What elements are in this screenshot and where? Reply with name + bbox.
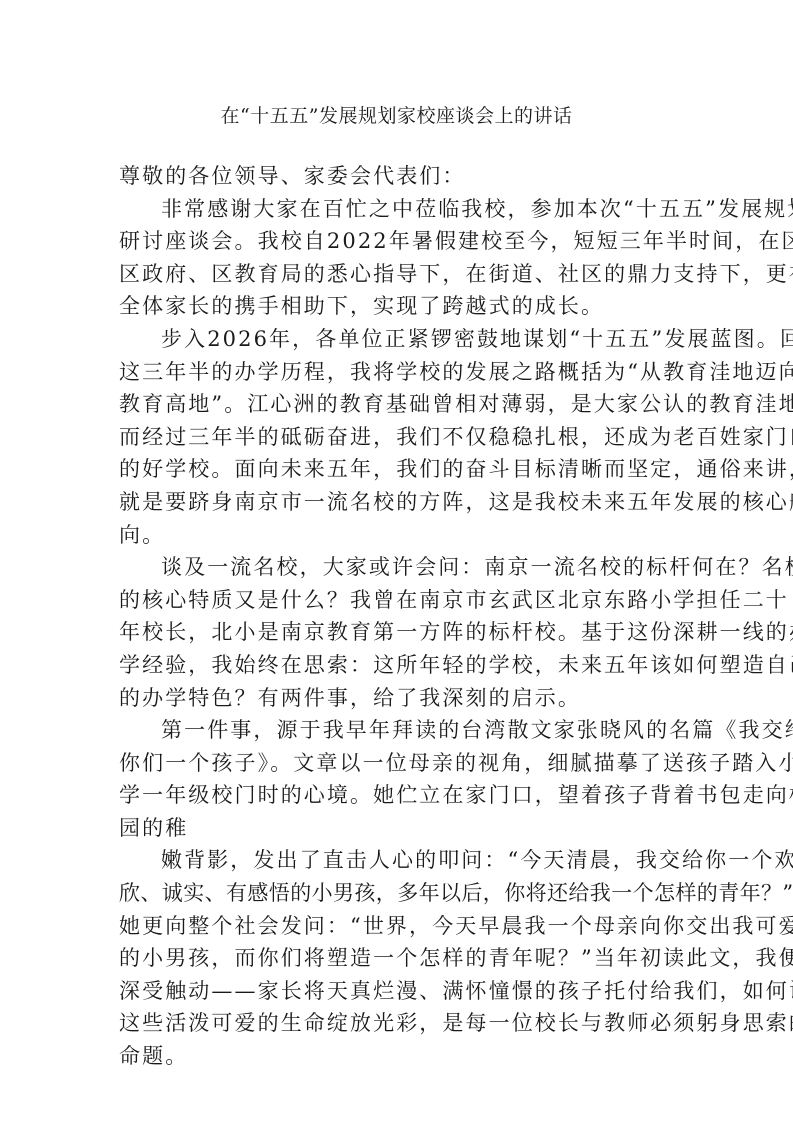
text-line: 步入2026年，各单位正紧锣密鼓地谋划“十五五”发展蓝图。回望 (119, 323, 684, 356)
text-line: 学一年级校门时的心境。她伫立在家门口，望着孩子背着书包走向校 (119, 779, 684, 812)
text-line: 深受触动——家长将天真烂漫、满怀憧憬的孩子托付给我们，如何让 (119, 975, 684, 1008)
text-line: 嫩背影，发出了直击人心的叩问：“今天清晨，我交给你一个欢 (119, 844, 684, 877)
text-line: 研讨座谈会。我校自2022年暑假建校至今，短短三年半时间，在区委 (119, 225, 684, 258)
document-page: 在“十五五”发展规划家校座谈会上的讲话 尊敬的各位领导、家委会代表们： 非常感谢… (0, 0, 793, 1122)
document-body: 尊敬的各位领导、家委会代表们： 非常感谢大家在百忙之中莅临我校，参加本次“十五五… (119, 160, 684, 1073)
text-line: 非常感谢大家在百忙之中莅临我校，参加本次“十五五”发展规划 (119, 193, 684, 226)
text-line: 她更向整个社会发问：“世界，今天早晨我一个母亲向你交出我可爱 (119, 910, 684, 943)
text-line: 尊敬的各位领导、家委会代表们： (119, 160, 684, 193)
document-title: 在“十五五”发展规划家校座谈会上的讲话 (0, 102, 793, 130)
text-line: 的小男孩，而你们将塑造一个怎样的青年呢？”当年初读此文，我便 (119, 942, 684, 975)
text-line: 命题。 (119, 1040, 684, 1073)
text-line: 的办学特色？有两件事，给了我深刻的启示。 (119, 682, 684, 715)
text-line: 向。 (119, 519, 684, 552)
paragraph-4: 第一件事，源于我早年拜读的台湾散文家张晓风的名篇《我交给 你们一个孩子》。文章以… (119, 714, 684, 844)
text-line: 第一件事，源于我早年拜读的台湾散文家张晓风的名篇《我交给 (119, 714, 684, 747)
text-line: 园的稚 (119, 812, 684, 845)
paragraph-2: 步入2026年，各单位正紧锣密鼓地谋划“十五五”发展蓝图。回望 这三年半的办学历… (119, 323, 684, 551)
text-line: 谈及一流名校，大家或许会问：南京一流名校的标杆何在？名校 (119, 551, 684, 584)
text-line: 就是要跻身南京市一流名校的方阵，这是我校未来五年发展的核心航 (119, 486, 684, 519)
text-line: 学经验，我始终在思索：这所年轻的学校，未来五年该如何塑造自己 (119, 649, 684, 682)
text-line: 你们一个孩子》。文章以一位母亲的视角，细腻描摹了送孩子踏入小 (119, 747, 684, 780)
text-line: 这些活泼可爱的生命绽放光彩，是每一位校长与教师必须躬身思索的 (119, 1007, 684, 1040)
text-line: 而经过三年半的砥砺奋进，我们不仅稳稳扎根，还成为老百姓家门口 (119, 421, 684, 454)
paragraph-1: 非常感谢大家在百忙之中莅临我校，参加本次“十五五”发展规划 研讨座谈会。我校自2… (119, 193, 684, 323)
paragraph-5: 嫩背影，发出了直击人心的叩问：“今天清晨，我交给你一个欢 欣、诚实、有感悟的小男… (119, 844, 684, 1072)
text-line: 教育高地”。江心洲的教育基础曾相对薄弱，是大家公认的教育洼地， (119, 388, 684, 421)
paragraph-3: 谈及一流名校，大家或许会问：南京一流名校的标杆何在？名校 的核心特质又是什么？我… (119, 551, 684, 714)
text-line: 欣、诚实、有感悟的小男孩，多年以后，你将还给我一个怎样的青年？” (119, 877, 684, 910)
text-line: 这三年半的办学历程，我将学校的发展之路概括为“从教育洼地迈向 (119, 356, 684, 389)
salutation: 尊敬的各位领导、家委会代表们： (119, 160, 684, 193)
text-line: 年校长，北小是南京教育第一方阵的标杆校。基于这份深耕一线的办 (119, 616, 684, 649)
text-line: 的核心特质又是什么？我曾在南京市玄武区北京东路小学担任二十 (119, 584, 684, 617)
text-line: 全体家长的携手相助下，实现了跨越式的成长。 (119, 290, 684, 323)
text-line: 的好学校。面向未来五年，我们的奋斗目标清晰而坚定，通俗来讲， (119, 453, 684, 486)
text-line: 区政府、区教育局的悉心指导下，在街道、社区的鼎力支持下，更在 (119, 258, 684, 291)
